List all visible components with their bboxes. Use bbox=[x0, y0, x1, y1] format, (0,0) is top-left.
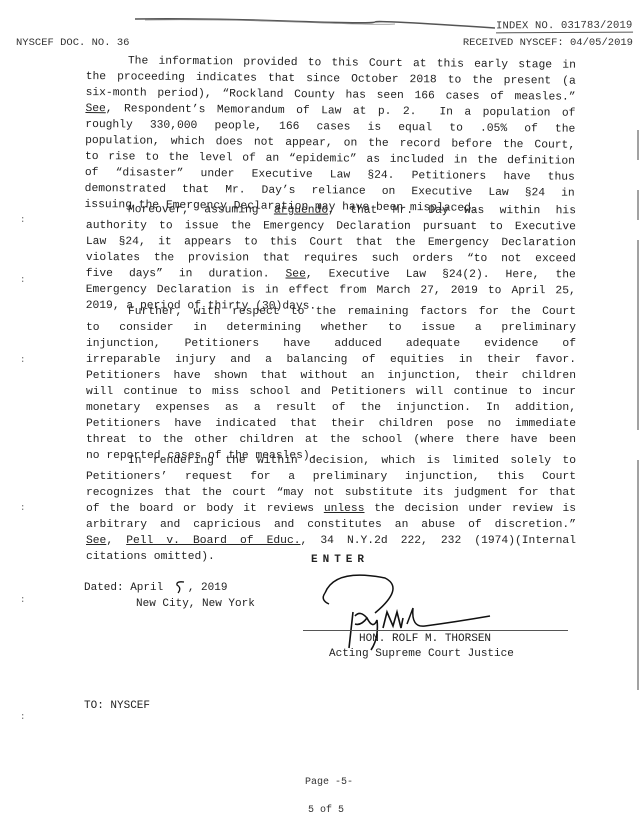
scan-edge-artifact bbox=[637, 130, 639, 690]
text-line: See, Pell v. Board of Educ., 34 N.Y.2d 2… bbox=[86, 533, 576, 549]
dated-year: , 2019 bbox=[188, 582, 228, 594]
see-citation-signal: See bbox=[285, 269, 305, 281]
scan-artifact-streak bbox=[135, 16, 495, 32]
text-line: Further, with respect to the remaining f… bbox=[86, 304, 576, 320]
paragraph-duration-violation: Moreover, assuming arguendo, that Mr. Da… bbox=[86, 202, 576, 315]
text-line: Petitioners’ request for a preliminary i… bbox=[86, 469, 576, 485]
dated-label: Dated: April bbox=[84, 582, 170, 594]
text-line: five days” in duration. See, Executive L… bbox=[86, 266, 576, 283]
nyscef-doc-number: NYSCEF DOC. NO. 36 bbox=[16, 37, 129, 49]
text-line: authority to issue the Emergency Declara… bbox=[86, 218, 576, 235]
text-line: recognizes that the court “may not subst… bbox=[86, 485, 576, 501]
received-date: RECEIVED NYSCEF: 04/05/2019 bbox=[463, 37, 633, 49]
text-line: will continue to miss school and Petitio… bbox=[86, 384, 576, 400]
judge-title: Acting Supreme Court Justice bbox=[329, 648, 514, 660]
text-line: injunction, Petitioners have adduced ade… bbox=[86, 336, 576, 352]
see-citation-signal: See bbox=[86, 535, 106, 547]
case-name-citation: Pell v. Board of Educ. bbox=[126, 535, 300, 547]
text-line: violates the provision that requires suc… bbox=[86, 250, 576, 267]
index-number: INDEX NO. 031783/2019 bbox=[496, 21, 633, 34]
dated-city: New City, New York bbox=[84, 596, 255, 612]
paragraph-standard-of-review: In rendering the within decision, which … bbox=[86, 453, 576, 565]
see-citation-signal: See bbox=[85, 103, 105, 115]
enter-heading: ENTER bbox=[311, 554, 369, 566]
arguendo-term: arguendo bbox=[274, 204, 328, 216]
text-line: to consider in determining whether to is… bbox=[86, 320, 576, 336]
text-line: arbitrary and capricious and constitutes… bbox=[86, 517, 576, 533]
text-line: Emergency Declaration is in effect from … bbox=[86, 282, 576, 299]
scan-speck: : bbox=[20, 595, 25, 605]
scan-speck: : bbox=[20, 215, 25, 225]
dated-block: Dated: April , 2019 New City, New York bbox=[84, 580, 255, 612]
paragraph-epidemic-finding: The information provided to this Court a… bbox=[84, 53, 576, 218]
recipient-line: TO: NYSCEF bbox=[84, 700, 150, 712]
text-line: Petitioners have indicated that their ch… bbox=[86, 416, 576, 432]
text-line: of the board or body it reviews unless t… bbox=[86, 501, 576, 517]
text-line: Petitioners have shown that without an i… bbox=[86, 368, 576, 384]
page-count: 5 of 5 bbox=[308, 805, 344, 816]
scan-speck: : bbox=[20, 503, 25, 513]
signature-line bbox=[303, 630, 568, 631]
text-line: Moreover, assuming arguendo, that Mr. Da… bbox=[86, 202, 576, 219]
scan-speck: : bbox=[20, 275, 25, 285]
paragraph-remaining-factors: Further, with respect to the remaining f… bbox=[86, 304, 576, 464]
text-line: monetary expenses as a result of the inj… bbox=[86, 400, 576, 416]
text-line: In rendering the within decision, which … bbox=[86, 453, 576, 469]
text-line: irreparable injury and a balancing of eq… bbox=[86, 352, 576, 368]
judge-name: HON. ROLF M. THORSEN bbox=[359, 633, 491, 645]
handwritten-day-mark bbox=[170, 580, 188, 594]
text-line: Law §24, it appears to this Court that t… bbox=[86, 234, 576, 251]
page-number: Page -5- bbox=[305, 777, 353, 788]
scan-speck: : bbox=[20, 355, 25, 365]
text-line: threat to the other children at the scho… bbox=[86, 432, 576, 448]
unless-emphasis: unless bbox=[324, 503, 365, 515]
scan-speck: : bbox=[20, 712, 25, 722]
